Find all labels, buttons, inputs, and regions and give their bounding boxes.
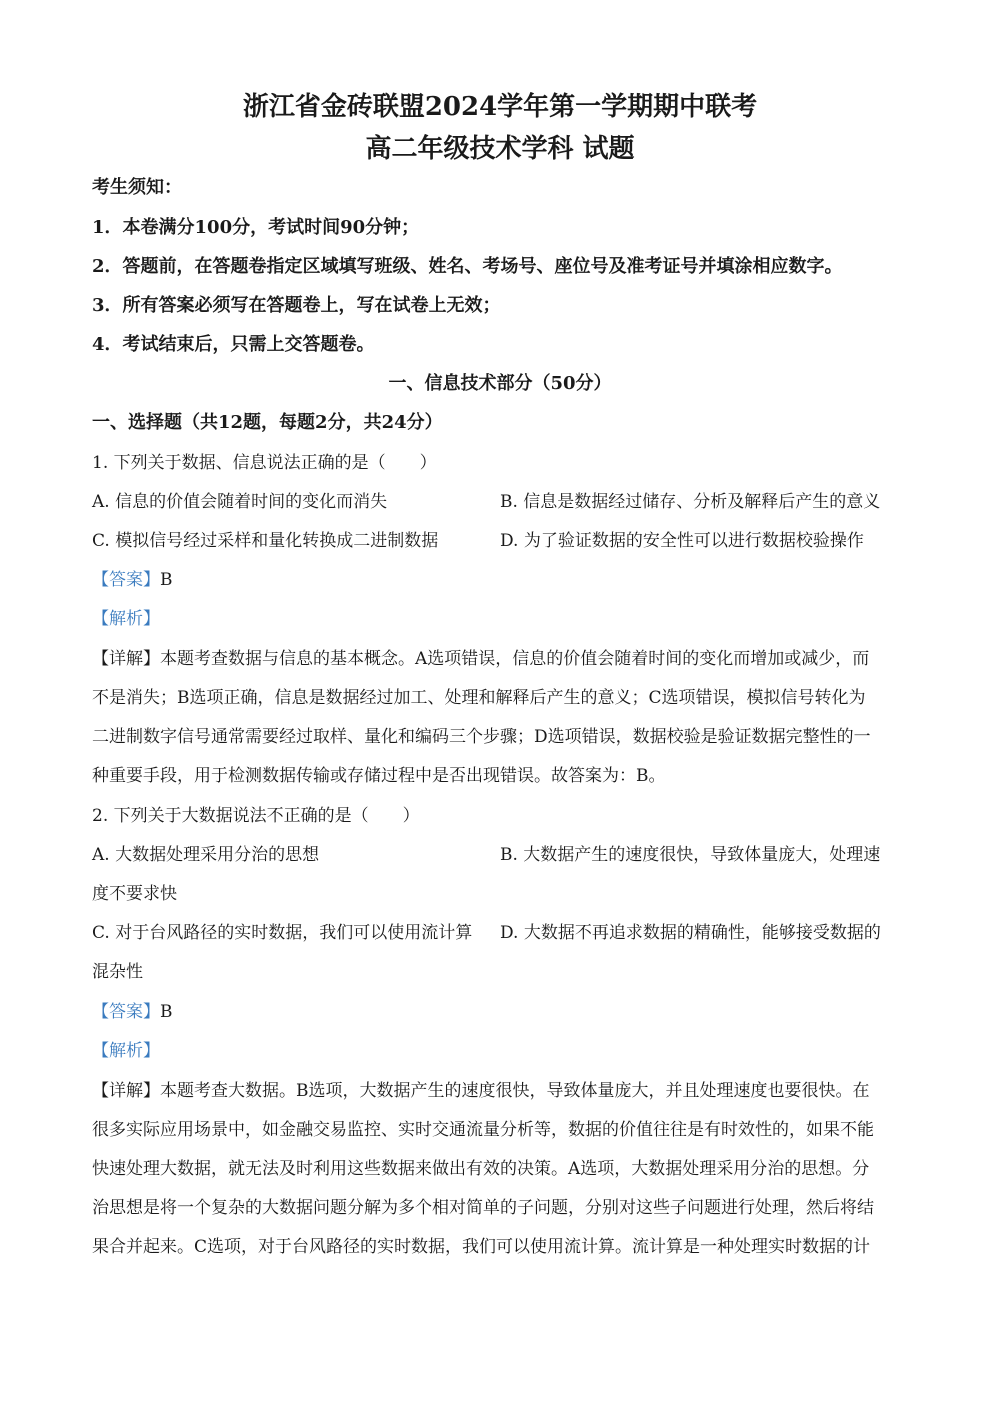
part-title: 一、信息技术部分（50分） (0, 369, 1000, 395)
exam-subtitle: 高二年级技术学科 试题 (0, 128, 1000, 165)
question-2-stem: 2. 下列关于大数据说法不正确的是（ ） (92, 801, 420, 826)
answer-label: 【答案】 (92, 570, 160, 590)
question-2-detail-line-1: 【详解】本题考查大数据。B选项，大数据产生的速度很快，导致体量庞大，并且处理速度… (92, 1076, 870, 1101)
question-2-detail-line-5: 果合并起来。C选项，对于台风路径的实时数据，我们可以使用流计算。流计算是一种处理… (92, 1232, 870, 1257)
question-1-detail-line-1: 【详解】本题考查数据与信息的基本概念。A选项错误，信息的价值会随着时间的变化而增… (92, 644, 869, 669)
exam-title: 浙江省金砖联盟2024学年第一学期期中联考 (0, 86, 1000, 123)
notice-item-3: 3．所有答案必须写在答题卷上，写在试卷上无效； (92, 291, 501, 317)
notice-heading: 考生须知： (92, 173, 182, 199)
question-2-detail-line-3: 快速处理大数据，就无法及时利用这些数据来做出有效的决策。A选项，大数据处理采用分… (92, 1154, 869, 1179)
question-2-option-d-continued: 混杂性 (92, 957, 143, 982)
notice-item-4: 4．考试结束后，只需上交答题卷。 (92, 330, 375, 356)
question-1-answer: 【答案】B (92, 565, 173, 590)
notice-item-2: 2．答题前，在答题卷指定区域填写班级、姓名、考场号、座位号及准考证号并填涂相应数… (92, 252, 843, 278)
answer-value: B (160, 570, 173, 590)
question-1-option-a: A. 信息的价值会随着时间的变化而消失 (92, 487, 387, 512)
section-title: 一、选择题（共12题，每题2分，共24分） (92, 408, 443, 434)
question-1-detail-line-4: 种重要手段，用于检测数据传输或存储过程中是否出现错误。故答案为：B。 (92, 761, 666, 786)
notice-item-1: 1．本卷满分100分，考试时间90分钟； (92, 213, 419, 239)
question-1-option-d: D. 为了验证数据的安全性可以进行数据校验操作 (500, 526, 864, 551)
exam-page: 浙江省金砖联盟2024学年第一学期期中联考 高二年级技术学科 试题 考生须知： … (0, 0, 1000, 1414)
question-1-option-b: B. 信息是数据经过储存、分析及解释后产生的意义 (500, 487, 880, 512)
question-2-detail-line-4: 治思想是将一个复杂的大数据问题分解为多个相对简单的子问题，分别对这些子问题进行处… (92, 1193, 874, 1218)
question-1-stem: 1. 下列关于数据、信息说法正确的是（ ） (92, 448, 437, 473)
question-2-option-c: C. 对于台风路径的实时数据，我们可以使用流计算 (92, 918, 472, 943)
detail-label: 【详解】 (92, 1081, 160, 1101)
question-2-option-d: D. 大数据不再追求数据的精确性，能够接受数据的 (500, 918, 881, 943)
question-1-detail-line-2: 不是消失；B选项正确，信息是数据经过加工、处理和解释后产生的意义；C选项错误，模… (92, 683, 866, 708)
question-2-detail-line-2: 很多实际应用场景中，如金融交易监控、实时交通流量分析等，数据的价值往往是有时效性… (92, 1115, 874, 1140)
question-1-detail-line-3: 二进制数字信号通常需要经过取样、量化和编码三个步骤；D选项错误，数据校验是验证数… (92, 722, 871, 747)
question-2-option-b-continued: 度不要求快 (92, 879, 177, 904)
question-2-option-a: A. 大数据处理采用分治的思想 (92, 840, 319, 865)
question-2-answer: 【答案】B (92, 997, 173, 1022)
answer-value: B (160, 1002, 173, 1022)
detail-label: 【详解】 (92, 649, 160, 669)
question-1-analysis-label: 【解析】 (92, 604, 160, 629)
question-2-option-b: B. 大数据产生的速度很快，导致体量庞大，处理速 (500, 840, 880, 865)
question-1-option-c: C. 模拟信号经过采样和量化转换成二进制数据 (92, 526, 438, 551)
question-2-analysis-label: 【解析】 (92, 1036, 160, 1061)
answer-label: 【答案】 (92, 1002, 160, 1022)
